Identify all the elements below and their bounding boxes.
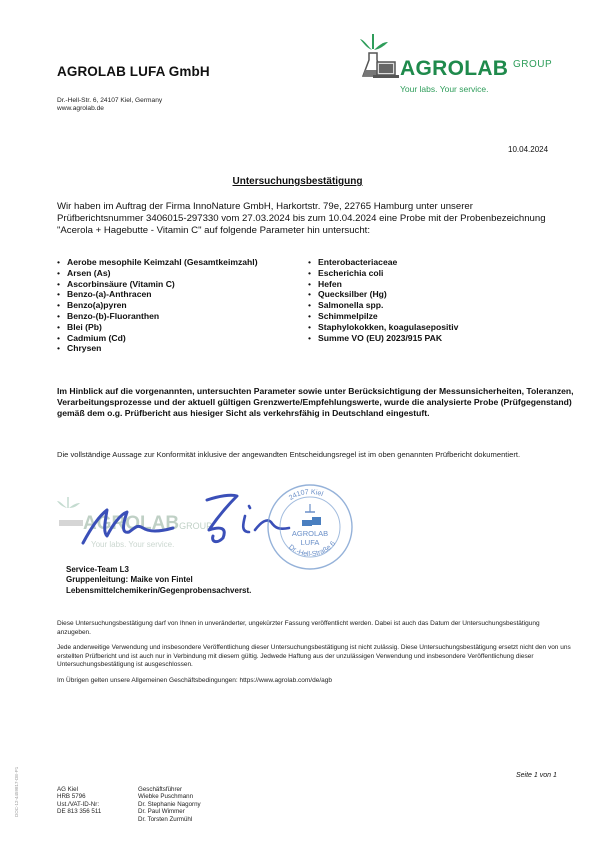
svg-text:AGROLAB: AGROLAB — [292, 529, 328, 538]
logo-wordmark: AGROLAB — [400, 57, 508, 81]
logo-tagline: Your labs. Your service. — [400, 84, 489, 94]
document-date: 10.04.2024 — [508, 145, 548, 154]
page-number: Seite 1 von 1 — [516, 772, 557, 779]
logo-group: GROUP — [513, 59, 552, 70]
website-line: www.agrolab.de — [57, 105, 162, 113]
footer-registry: AG Kiel HRB 5796 Ust./VAT-ID-Nr: DE 813 … — [57, 786, 101, 816]
company-name: AGROLAB LUFA GmbH — [57, 64, 210, 79]
intro-paragraph: Wir haben im Auftrag der Firma InnoNatur… — [57, 201, 557, 237]
legal-note: Jede anderweitige Verwendung und insbeso… — [57, 644, 572, 670]
title-text: Untersuchungsbestätigung — [232, 176, 362, 187]
address-line: Dr.-Hell-Str. 6, 24107 Kiel, Germany — [57, 97, 162, 105]
document-title: Untersuchungsbestätigung — [0, 176, 595, 187]
parameter-item: Staphylokokken, koagulasepositiv — [307, 322, 458, 333]
conformity-note: Die vollständige Aussage zur Konformität… — [57, 450, 577, 460]
parameter-item: Summe VO (EU) 2023/915 PAK — [307, 333, 458, 344]
parameter-item: Aerobe mesophile Keimzahl (Gesamtkeimzah… — [56, 257, 258, 268]
company-address: Dr.-Hell-Str. 6, 24107 Kiel, Germany www… — [57, 97, 162, 114]
footer-line: AG Kiel — [57, 786, 101, 793]
parameter-item: Ascorbinsäure (Vitamin C) — [56, 279, 258, 290]
verdict-paragraph: Im Hinblick auf die vorgenannten, unters… — [57, 386, 577, 419]
footer-line: HRB 5796 — [57, 793, 101, 800]
parameter-item: Chrysen — [56, 343, 258, 354]
footer-line: DE 813 356 511 — [57, 808, 101, 815]
parameter-item: Escherichia coli — [307, 268, 458, 279]
document-id: DOC-12-4459817-DE-P1 — [12, 755, 28, 815]
handwritten-signature — [77, 488, 297, 558]
parameter-item: Cadmium (Cd) — [56, 333, 258, 344]
footer-line: Geschäftsführer — [138, 786, 201, 793]
signatory-block: Service-Team L3 Gruppenleitung: Maike vo… — [66, 565, 251, 596]
parameter-item: Salmonella spp. — [307, 300, 458, 311]
signatory-role: Lebensmittelchemikerin/Gegenprobensachve… — [66, 586, 251, 596]
footer-line: Dr. Paul Wimmer — [138, 808, 201, 815]
parameter-item: Benzo(a)pyren — [56, 300, 258, 311]
parameter-item: Benzo-(a)-Anthracen — [56, 289, 258, 300]
svg-text:LUFA: LUFA — [301, 538, 320, 547]
footer-line: Wiebke Puschmann — [138, 793, 201, 800]
group-lead: Gruppenleitung: Maike von Fintel — [66, 575, 251, 585]
official-stamp: 24107 Kiel Dr.-Hell-Straße 6 AGROLAB LUF… — [265, 482, 355, 572]
legal-note: Diese Untersuchungsbestätigung darf von … — [57, 620, 572, 637]
parameter-list-right: Enterobacteriaceae Escherichia coli Hefe… — [307, 257, 458, 343]
footer-line: Dr. Torsten Zurmühl — [138, 816, 201, 823]
legal-notes: Diese Untersuchungsbestätigung darf von … — [57, 620, 572, 692]
parameter-item: Schimmelpilze — [307, 311, 458, 322]
parameter-item: Blei (Pb) — [56, 322, 258, 333]
parameter-item: Enterobacteriaceae — [307, 257, 458, 268]
parameter-item: Quecksilber (Hg) — [307, 289, 458, 300]
agrolab-group-logo: AGROLAB GROUP Your labs. Your service. — [358, 32, 588, 102]
svg-text:24107 Kiel: 24107 Kiel — [288, 489, 324, 502]
footer-line: Ust./VAT-ID-Nr: — [57, 801, 101, 808]
flask-plant-laptop-icon — [358, 32, 402, 88]
parameter-item: Hefen — [307, 279, 458, 290]
team-name: Service-Team L3 — [66, 565, 251, 575]
footer-management: Geschäftsführer Wiebke Puschmann Dr. Ste… — [138, 786, 201, 823]
parameter-item: Benzo-(b)-Fluoranthen — [56, 311, 258, 322]
parameter-list-left: Aerobe mesophile Keimzahl (Gesamtkeimzah… — [56, 257, 258, 354]
parameter-item: Arsen (As) — [56, 268, 258, 279]
legal-note: Im Übrigen gelten unsere Allgemeinen Ges… — [57, 677, 572, 686]
footer-line: Dr. Stephanie Nagorny — [138, 801, 201, 808]
